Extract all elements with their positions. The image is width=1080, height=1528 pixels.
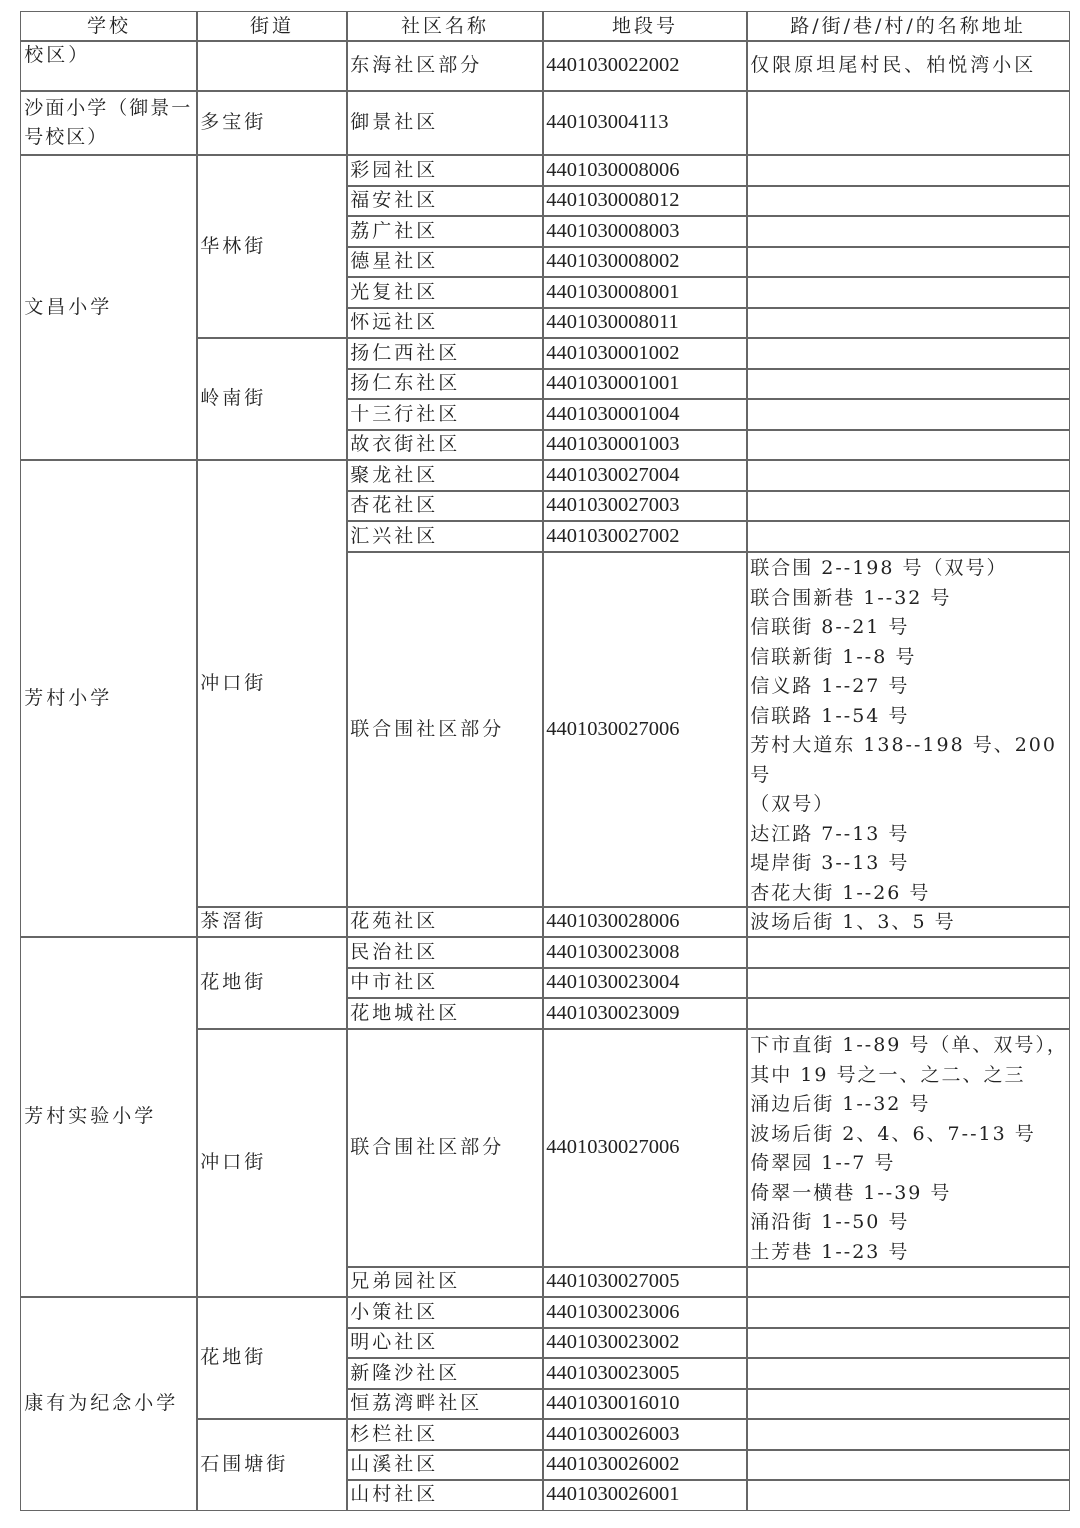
code-cell: 4401030027004 xyxy=(542,459,748,492)
address-cell: 下市直街 1--89 号（单、双号）， 其中 19 号之一、之二、之三 涌边后街… xyxy=(746,1028,1070,1268)
address-cell xyxy=(746,936,1070,969)
header-community: 社区名称 xyxy=(346,11,544,42)
community-cell: 花地城社区 xyxy=(346,997,544,1030)
code-cell: 4401030023008 xyxy=(542,936,748,969)
code-cell: 4401030008012 xyxy=(542,185,748,217)
address-cell xyxy=(746,368,1070,400)
community-cell: 民治社区 xyxy=(346,936,544,969)
header-code: 地段号 xyxy=(542,11,748,42)
code-cell: 4401030008002 xyxy=(542,246,748,278)
address-cell xyxy=(746,185,1070,217)
community-cell: 中市社区 xyxy=(346,967,544,999)
address-cell xyxy=(746,154,1070,187)
community-cell: 德星社区 xyxy=(346,246,544,278)
community-cell: 山村社区 xyxy=(346,1479,544,1511)
community-cell: 荔广社区 xyxy=(346,215,544,248)
code-cell: 4401030027002 xyxy=(542,520,748,553)
code-cell: 4401030023006 xyxy=(542,1296,748,1329)
community-cell: 怀远社区 xyxy=(346,307,544,339)
school-cell: 沙面小学（御景一 号校区） xyxy=(20,90,198,156)
address-cell xyxy=(746,337,1070,370)
address-cell xyxy=(746,276,1070,309)
community-cell: 光复社区 xyxy=(346,276,544,309)
address-cell xyxy=(746,1449,1070,1481)
code-cell: 440103004113 xyxy=(542,90,748,156)
address-cell xyxy=(746,1388,1070,1420)
address-cell xyxy=(746,1327,1070,1359)
community-cell: 故衣街社区 xyxy=(346,429,544,461)
school-cell: 校区） xyxy=(20,40,198,92)
street-cell: 花地街 xyxy=(196,1296,348,1420)
code-cell: 4401030023002 xyxy=(542,1327,748,1359)
address-cell xyxy=(746,90,1070,156)
community-cell: 联合围社区部分 xyxy=(346,551,544,908)
address-cell xyxy=(746,429,1070,461)
code-cell: 4401030027005 xyxy=(542,1266,748,1298)
address-cell: 联合围 2--198 号（双号） 联合围新巷 1--32 号 信联街 8--21… xyxy=(746,551,1070,908)
address-cell xyxy=(746,906,1070,938)
code-cell: 4401030008001 xyxy=(542,276,748,309)
community-cell: 聚龙社区 xyxy=(346,459,544,492)
community-cell: 汇兴社区 xyxy=(346,520,544,553)
street-cell: 冲口街 xyxy=(196,459,348,908)
community-cell: 山溪社区 xyxy=(346,1449,544,1481)
code-cell: 4401030001001 xyxy=(542,368,748,400)
code-cell: 4401030023009 xyxy=(542,997,748,1030)
code-cell: 4401030016010 xyxy=(542,1388,748,1420)
community-cell: 杉栏社区 xyxy=(346,1418,544,1451)
community-cell: 杏花社区 xyxy=(346,490,544,522)
school-cell: 文昌小学 xyxy=(20,154,198,461)
address-zoning-table: 学校街道社区名称地段号路/街/巷/村/的名称地址校区）沙面小学（御景一 号校区）… xyxy=(0,0,1080,1528)
community-cell: 兄弟园社区 xyxy=(346,1266,544,1298)
community-cell: 扬仁东社区 xyxy=(346,368,544,400)
address-cell xyxy=(746,215,1070,248)
street-cell: 茶滘街 xyxy=(196,906,348,938)
address-cell xyxy=(746,307,1070,339)
address-cell xyxy=(746,459,1070,492)
code-cell: 4401030023004 xyxy=(542,967,748,999)
community-cell: 小策社区 xyxy=(346,1296,544,1329)
address-cell xyxy=(746,1266,1070,1298)
community-cell: 彩园社区 xyxy=(346,154,544,187)
code-cell: 4401030008003 xyxy=(542,215,748,248)
code-cell: 4401030001003 xyxy=(542,429,748,461)
community-cell: 明心社区 xyxy=(346,1327,544,1359)
code-cell: 4401030028006 xyxy=(542,906,748,938)
address-cell xyxy=(746,1479,1070,1511)
community-cell: 扬仁西社区 xyxy=(346,337,544,370)
address-cell xyxy=(746,1418,1070,1451)
code-cell: 4401030008011 xyxy=(542,307,748,339)
address-cell xyxy=(746,520,1070,553)
code-cell: 4401030026003 xyxy=(542,1418,748,1451)
address-cell xyxy=(746,997,1070,1030)
community-cell: 福安社区 xyxy=(346,185,544,217)
code-cell: 4401030022002 xyxy=(542,40,748,92)
code-cell: 4401030026001 xyxy=(542,1479,748,1511)
school-cell: 康有为纪念小学 xyxy=(20,1296,198,1511)
school-cell: 芳村实验小学 xyxy=(20,936,198,1298)
code-cell: 4401030008006 xyxy=(542,154,748,187)
address-cell xyxy=(746,246,1070,278)
community-cell: 东海社区部分 xyxy=(346,40,544,92)
address-cell: 仅限原坦尾村民、柏悦湾小区 xyxy=(746,40,1070,92)
code-cell: 4401030027006 xyxy=(542,551,748,908)
code-cell: 4401030026002 xyxy=(542,1449,748,1481)
address-cell xyxy=(746,1357,1070,1390)
code-cell: 4401030001004 xyxy=(542,398,748,431)
community-cell: 十三行社区 xyxy=(346,398,544,431)
community-cell: 新隆沙社区 xyxy=(346,1357,544,1390)
community-cell: 联合围社区部分 xyxy=(346,1028,544,1268)
header-address: 路/街/巷/村/的名称地址 xyxy=(746,11,1070,42)
address-cell xyxy=(746,1296,1070,1329)
community-cell: 花苑社区 xyxy=(346,906,544,938)
address-cell xyxy=(746,967,1070,999)
address-cell xyxy=(746,490,1070,522)
community-cell: 恒荔湾畔社区 xyxy=(346,1388,544,1420)
street-cell: 华林街 xyxy=(196,154,348,339)
header-school: 学校 xyxy=(20,11,198,42)
street-cell: 岭南街 xyxy=(196,337,348,461)
street-cell xyxy=(196,40,348,92)
code-cell: 4401030023005 xyxy=(542,1357,748,1390)
street-cell: 多宝街 xyxy=(196,90,348,156)
street-cell: 石围塘街 xyxy=(196,1418,348,1511)
header-street: 街道 xyxy=(196,11,348,42)
address-cell xyxy=(746,398,1070,431)
community-cell: 御景社区 xyxy=(346,90,544,156)
street-cell: 花地街 xyxy=(196,936,348,1030)
street-cell: 冲口街 xyxy=(196,1028,348,1298)
school-cell: 芳村小学 xyxy=(20,459,198,938)
code-cell: 4401030027003 xyxy=(542,490,748,522)
code-cell: 4401030001002 xyxy=(542,337,748,370)
code-cell: 4401030027006 xyxy=(542,1028,748,1268)
